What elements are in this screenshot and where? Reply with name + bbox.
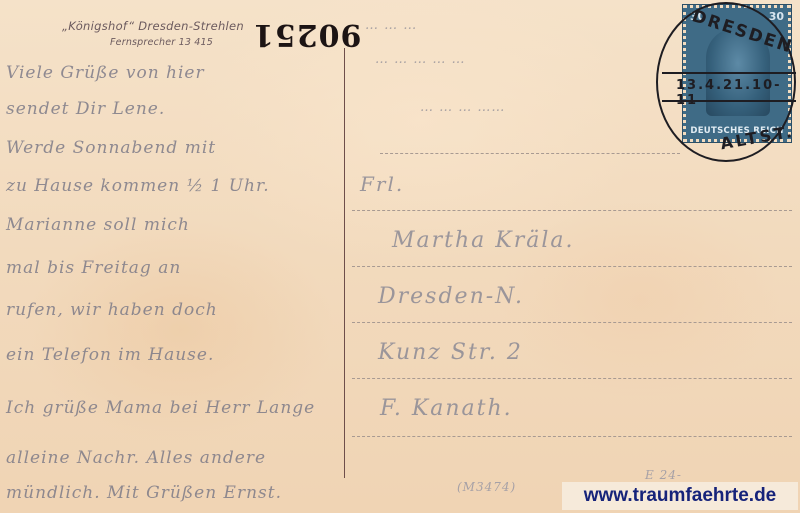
message-line: mal bis Freitag an bbox=[6, 258, 181, 278]
faint-note-line: … … … … … bbox=[375, 52, 466, 67]
stamp-value-right: 30 bbox=[769, 10, 784, 23]
message-line: sendet Dir Lene. bbox=[6, 99, 165, 119]
address-salutation: Frl. bbox=[360, 172, 404, 196]
hotel-header: „Königshof“ Dresden-Strehlen bbox=[62, 19, 244, 33]
address-line bbox=[352, 210, 792, 211]
message-line: alleine Nachr. Alles andere bbox=[6, 448, 266, 468]
postcard-back: „Königshof“ Dresden-Strehlen Fernspreche… bbox=[0, 0, 800, 513]
address-name: Martha Kräla. bbox=[392, 228, 575, 253]
site-watermark: www.traumfaehrte.de bbox=[562, 482, 798, 510]
price-note: E 24- bbox=[645, 468, 682, 482]
address-street: Kunz Str. 2 bbox=[378, 340, 523, 365]
message-line: Werde Sonnabend mit bbox=[6, 138, 216, 158]
message-line: rufen, wir haben doch bbox=[6, 300, 218, 320]
message-line: zu Hause kommen ½ 1 Uhr. bbox=[6, 176, 270, 196]
address-care-of: F. Kanath. bbox=[380, 396, 513, 421]
address-line bbox=[352, 322, 792, 323]
address-city: Dresden-N. bbox=[378, 284, 524, 309]
postmark-bar bbox=[662, 72, 796, 74]
address-line bbox=[352, 436, 792, 437]
address-line bbox=[380, 153, 680, 154]
postmark-date: 13.4.21.10-11 bbox=[676, 78, 800, 108]
faint-note-line: … … … bbox=[365, 18, 417, 33]
message-line: ein Telefon im Hause. bbox=[6, 345, 214, 365]
message-line: Viele Grüße von hier bbox=[6, 63, 205, 83]
message-line: mündlich. Mit Grüßen Ernst. bbox=[6, 483, 282, 503]
message-line: Ich grüße Mama bei Herr Lange bbox=[6, 398, 315, 418]
message-line: Marianne soll mich bbox=[6, 215, 190, 235]
center-divider-line bbox=[344, 48, 345, 478]
faint-note-line: … … … …… bbox=[420, 100, 505, 115]
address-line bbox=[352, 378, 792, 379]
reference-note: (M3474) bbox=[457, 480, 516, 494]
phone-number: Fernsprecher 13 415 bbox=[110, 37, 213, 48]
archive-number: 90251 bbox=[252, 17, 361, 52]
address-line bbox=[352, 266, 792, 267]
